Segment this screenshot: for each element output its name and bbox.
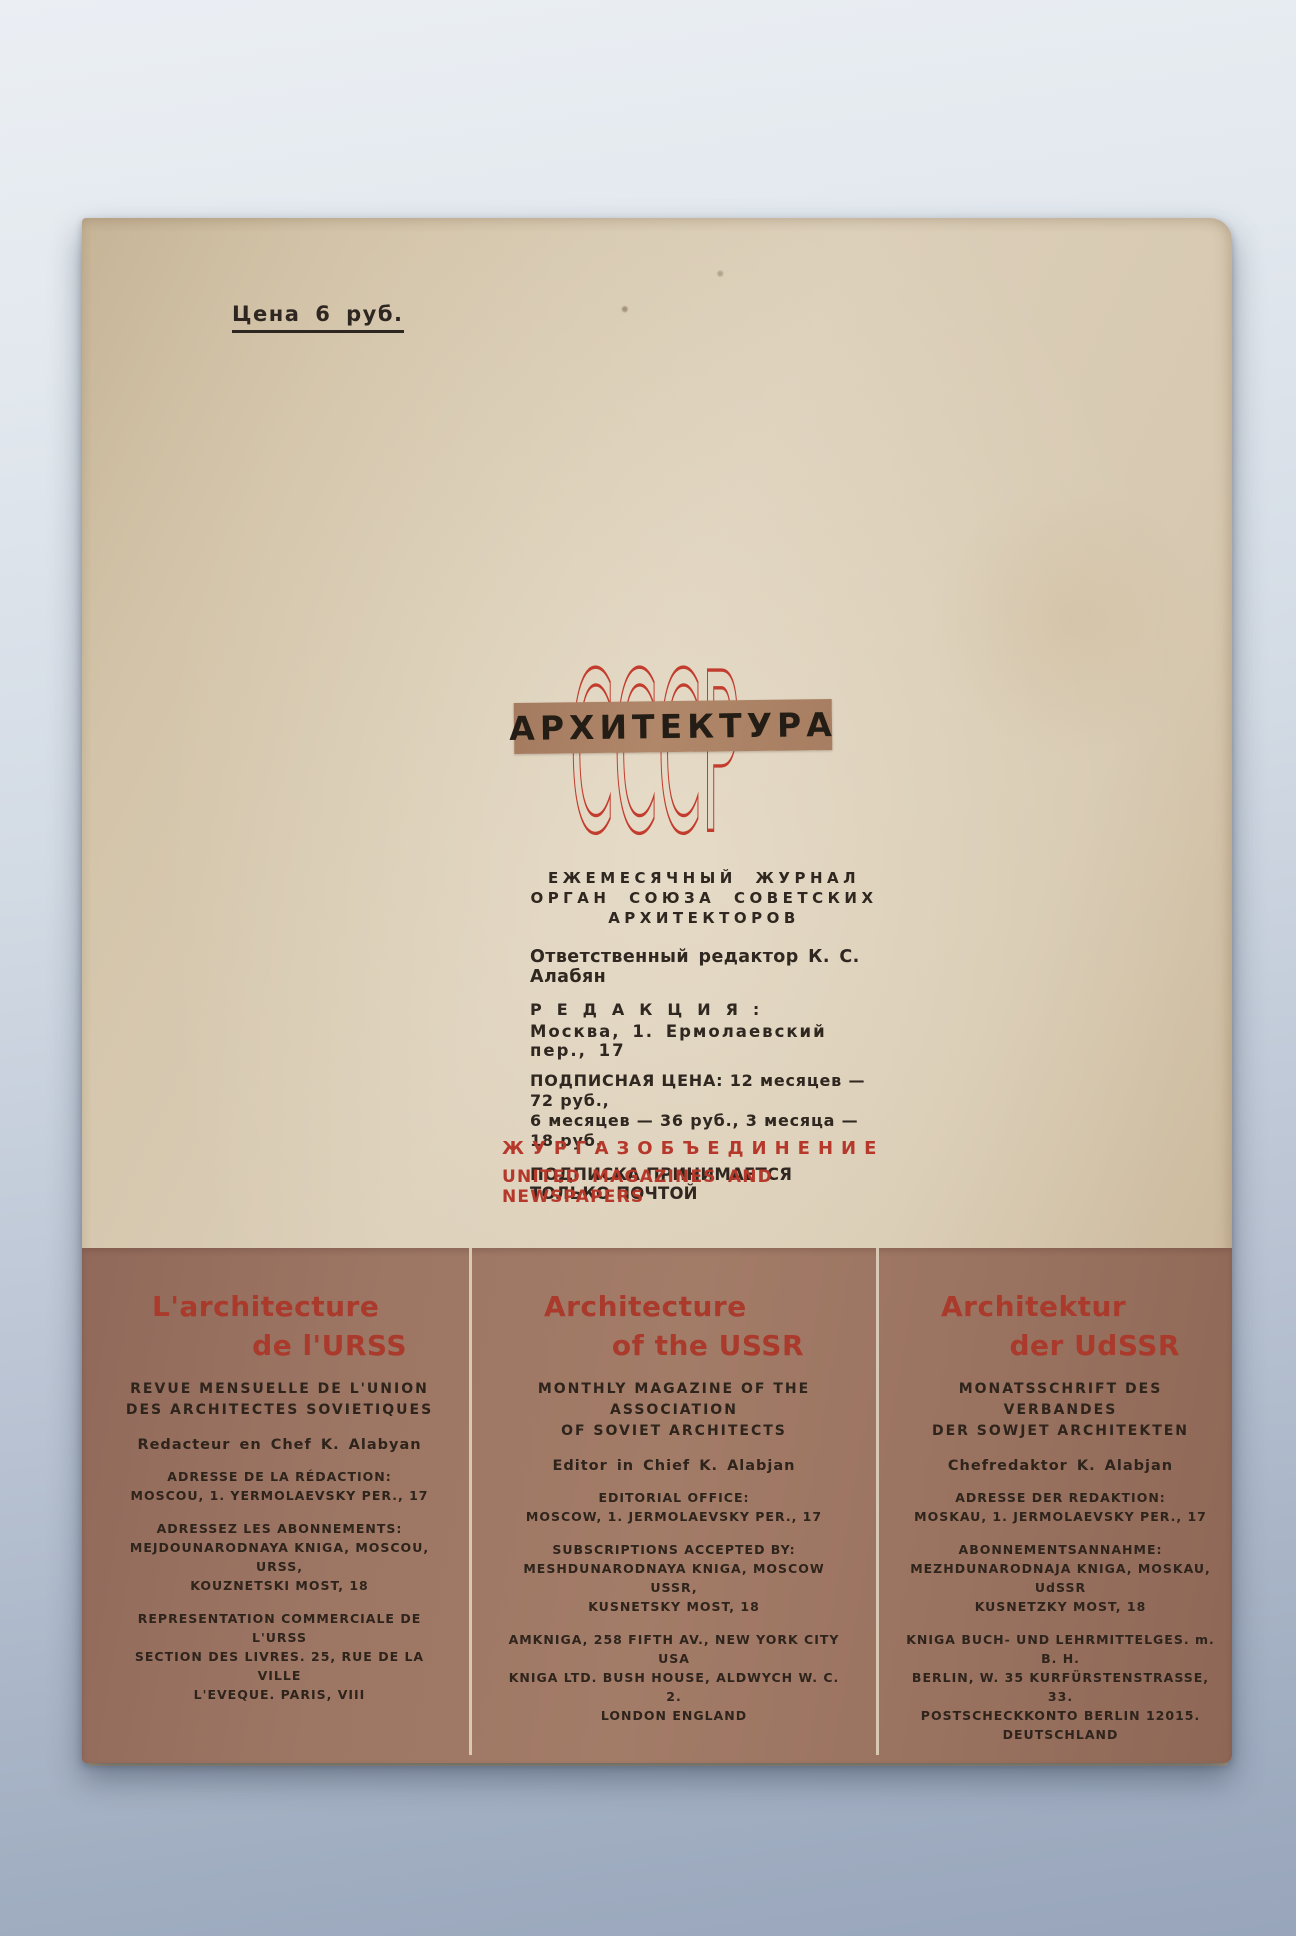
language-column-german: Architektur der UdSSR MONATSSCHRIFT DES … <box>879 1248 1234 1763</box>
block-line: KUSNETSKY MOST, 18 <box>506 1597 842 1616</box>
column-block: REPRESENTATION COMMERCIALE DE L'URSS SEC… <box>114 1609 445 1704</box>
column-title-line-1: Architecture <box>506 1290 842 1323</box>
block-line: MESHDUNARODNAYA KNIGA, MOSCOW USSR, <box>506 1559 842 1597</box>
column-subtitle: MONTHLY MAGAZINE OF THE ASSOCIATION OF S… <box>506 1379 842 1442</box>
column-editor-line: Chefredaktor K. Alabjan <box>903 1458 1218 1474</box>
column-block: ADRESSEZ LES ABONNEMENTS: MEJDOUNARODNAY… <box>114 1519 445 1595</box>
editor-line: Ответственный редактор К. С. Алабян <box>530 947 878 987</box>
column-editor-line: Editor in Chief K. Alabjan <box>506 1458 842 1474</box>
block-line: KNIGA BUCH- UND LEHRMITTELGES. m. B. H. <box>903 1630 1218 1668</box>
masthead-line-1: ЕЖЕМЕСЯЧНЫЙ ЖУРНАЛ <box>530 868 878 888</box>
column-title-line-2: of the USSR <box>506 1329 842 1362</box>
magazine-back-cover: Цена 6 руб. СССР АРХИТЕКТУРА ЕЖЕМЕСЯЧНЫЙ… <box>82 218 1232 1763</box>
column-subtitle-line: MONATSSCHRIFT DES VERBANDES <box>903 1379 1218 1421</box>
svg-text:СССР: СССР <box>570 628 739 884</box>
column-subtitle-line: OF SOVIET ARCHITECTS <box>506 1421 842 1442</box>
block-line: LONDON ENGLAND <box>506 1706 842 1725</box>
block-heading: ADRESSE DER REDAKTION: <box>903 1488 1218 1507</box>
masthead-line-2: ОРГАН СОЮЗА СОВЕТСКИХ <box>530 888 878 908</box>
block-line: REPRESENTATION COMMERCIALE DE L'URSS <box>114 1609 445 1647</box>
column-subtitle-line: DER SOWJET ARCHITEKTEN <box>903 1421 1218 1442</box>
block-line: L'EVEQUE. PARIS, VIII <box>114 1685 445 1704</box>
arkhitektura-label: АРХИТЕКТУРА <box>509 705 837 748</box>
block-heading: EDITORIAL OFFICE: <box>506 1488 842 1507</box>
price-label: Цена 6 руб. <box>232 302 404 333</box>
block-line: KOUZNETSKI MOST, 18 <box>114 1576 445 1595</box>
column-subtitle-line: DES ARCHITECTES SOVIETIQUES <box>114 1400 445 1421</box>
block-heading: ADRESSE DE LA RÉDACTION: <box>114 1467 445 1486</box>
column-title-line-2: de l'URSS <box>114 1329 445 1362</box>
language-column-english: Architecture of the USSR MONTHLY MAGAZIN… <box>472 1248 876 1763</box>
redaction-label: РЕДАКЦИЯ: <box>530 1000 878 1019</box>
column-title-line-2: der UdSSR <box>903 1329 1218 1362</box>
block-line: DEUTSCHLAND <box>903 1725 1218 1744</box>
block-line: BERLIN, W. 35 KURFÜRSTENSTRASSE, 33. <box>903 1668 1218 1706</box>
column-block: SUBSCRIPTIONS ACCEPTED BY: MESHDUNARODNA… <box>506 1540 842 1616</box>
block-line: MOSCOW, 1. JERMOLAEVSKY PER., 17 <box>506 1507 842 1526</box>
cccp-outline-text: СССР <box>569 668 753 846</box>
publisher-block: ЖУРГАЗОБЪЕДИНЕНИЕ UNITED MAGAZINES AND N… <box>502 1138 902 1207</box>
block-line: MOSCOU, 1. YERMOLAEVSKY PER., 17 <box>114 1486 445 1505</box>
block-heading: SUBSCRIPTIONS ACCEPTED BY: <box>506 1540 842 1559</box>
block-line: SECTION DES LIVRES. 25, RUE DE LA VILLE <box>114 1647 445 1685</box>
masthead-line-3: АРХИТЕКТОРОВ <box>530 908 878 928</box>
column-subtitle-line: MONTHLY MAGAZINE OF THE ASSOCIATION <box>506 1379 842 1421</box>
arkhitektura-banner: АРХИТЕКТУРА <box>514 699 833 754</box>
photo-background: Цена 6 руб. СССР АРХИТЕКТУРА ЕЖЕМЕСЯЧНЫЙ… <box>0 0 1296 1936</box>
subscription-price-line-1: ПОДПИСНАЯ ЦЕНА: 12 месяцев — 72 руб., <box>530 1071 878 1111</box>
block-line: KNIGA LTD. BUSH HOUSE, ALDWYCH W. C. 2. <box>506 1668 842 1706</box>
block-line: POSTSCHECKKONTO BERLIN 12015. <box>903 1706 1218 1725</box>
publisher-name-ru: ЖУРГАЗОБЪЕДИНЕНИЕ <box>502 1138 902 1159</box>
block-heading: ABONNEMENTSANNAHME: <box>903 1540 1218 1559</box>
column-block: ABONNEMENTSANNAHME: MEZHDUNARODNAJA KNIG… <box>903 1540 1218 1616</box>
publisher-name-en: UNITED MAGAZINES AND NEWSPAPERS <box>502 1167 902 1207</box>
language-column-french: L'architecture de l'URSS REVUE MENSUELLE… <box>90 1248 469 1763</box>
block-heading: ADRESSEZ LES ABONNEMENTS: <box>114 1519 445 1538</box>
column-title-line-1: L'architecture <box>114 1290 445 1323</box>
column-block: EDITORIAL OFFICE: MOSCOW, 1. JERMOLAEVSK… <box>506 1488 842 1526</box>
column-block: KNIGA BUCH- UND LEHRMITTELGES. m. B. H. … <box>903 1630 1218 1744</box>
block-line: MOSKAU, 1. JERMOLAEVSKY PER., 17 <box>903 1507 1218 1526</box>
block-line: AMKNIGA, 258 FIFTH AV., NEW YORK CITY US… <box>506 1630 842 1668</box>
column-subtitle-line: REVUE MENSUELLE DE L'UNION <box>114 1379 445 1400</box>
column-subtitle: REVUE MENSUELLE DE L'UNION DES ARCHITECT… <box>114 1379 445 1421</box>
block-line: KUSNETZKY MOST, 18 <box>903 1597 1218 1616</box>
column-block: AMKNIGA, 258 FIFTH AV., NEW YORK CITY US… <box>506 1630 842 1725</box>
column-block: ADRESSE DE LA RÉDACTION: MOSCOU, 1. YERM… <box>114 1467 445 1505</box>
column-title-line-1: Architektur <box>903 1290 1218 1323</box>
column-block: ADRESSE DER REDAKTION: MOSKAU, 1. JERMOL… <box>903 1488 1218 1526</box>
block-line: MEJDOUNARODNAYA KNIGA, MOSCOU, URSS, <box>114 1538 445 1576</box>
block-line: MEZHDUNARODNAJA KNIGA, MOSKAU, UdSSR <box>903 1559 1218 1597</box>
redaction-address: Москва, 1. Ермолаевский пер., 17 <box>530 1022 878 1060</box>
column-editor-line: Redacteur en Chef K. Alabyan <box>114 1437 445 1453</box>
column-subtitle: MONATSSCHRIFT DES VERBANDES DER SOWJET A… <box>903 1379 1218 1442</box>
